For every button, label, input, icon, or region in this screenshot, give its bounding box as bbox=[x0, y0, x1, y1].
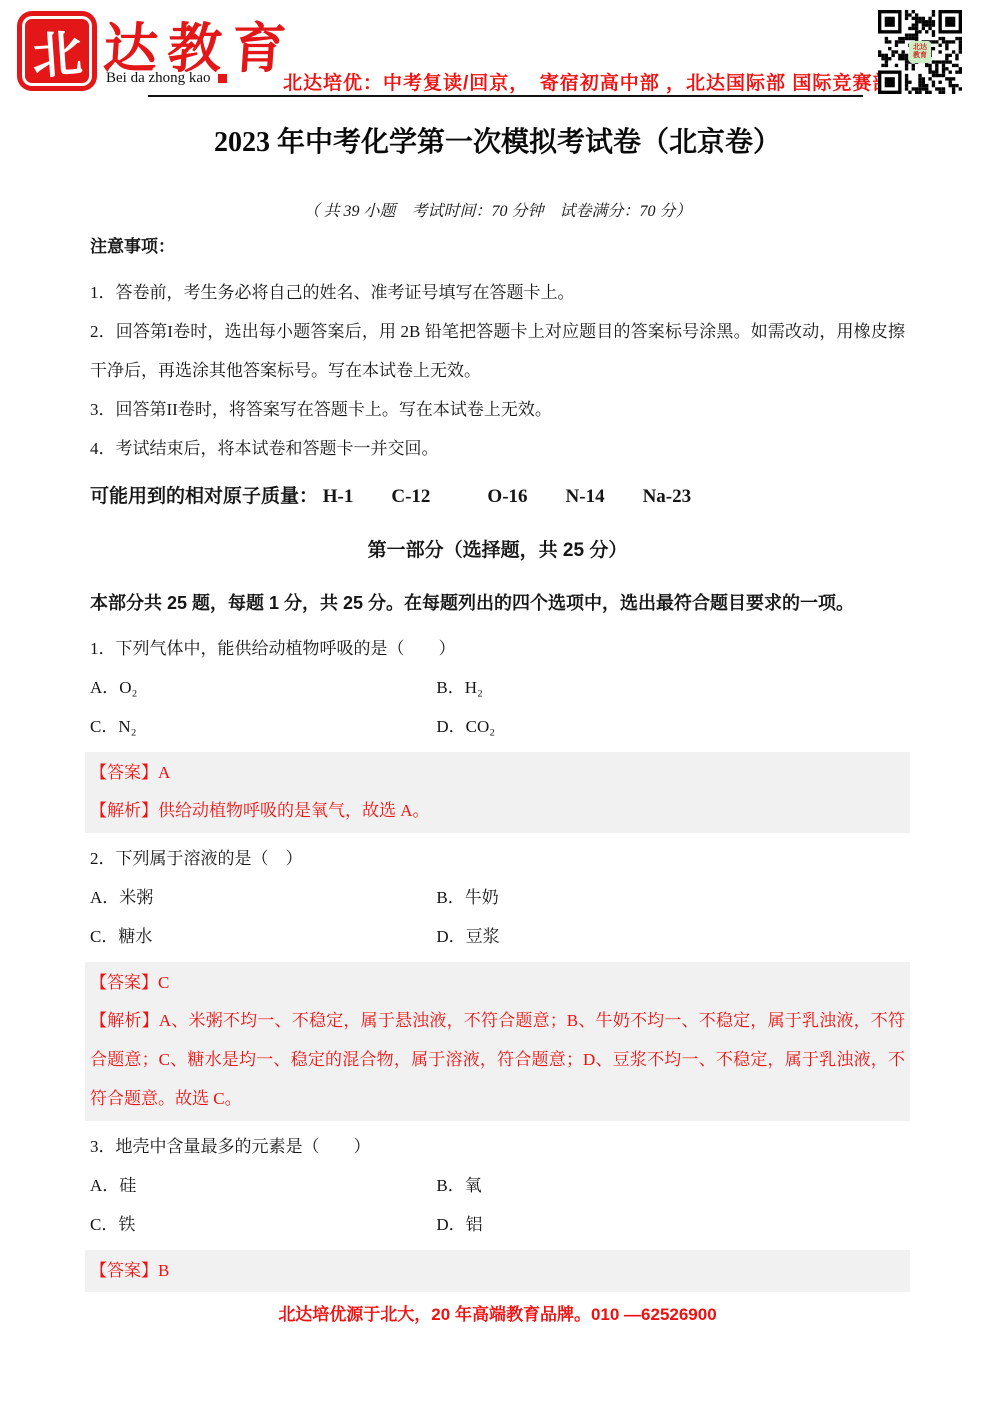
answer-label: 【答案】 bbox=[90, 763, 158, 782]
answer-block: 【答案】C 【解析】A、米粥不均一、不稳定，属于悬浊液，不符合题意；B、牛奶不均… bbox=[85, 962, 910, 1121]
document-body: 2023 年中考化学第一次模拟考试卷（北京卷） （ 共 39 小题 考试时间：7… bbox=[90, 0, 905, 1328]
qr-center-badge: 北达 教育 bbox=[909, 41, 931, 63]
analysis-line: 【解析】供给动植物呼吸的是氧气，故选 A。 bbox=[90, 791, 905, 830]
question-stem: 3．地壳中含量最多的元素是（ ） bbox=[90, 1127, 905, 1166]
option-d: D．CO₂ bbox=[436, 707, 905, 746]
option-b: B．氧 bbox=[436, 1166, 905, 1205]
analysis-text: A、米粥不均一、不稳定，属于悬浊液，不符合题意；B、牛奶不均一、不稳定，属于乳浊… bbox=[90, 1011, 905, 1108]
brand-stamp-icon: 北 bbox=[22, 16, 92, 86]
answer-value: A bbox=[158, 763, 170, 782]
question-stem: 2．下列属于溶液的是（ ） bbox=[90, 839, 905, 878]
atomic-masses-values: H-1 C-12 O-16 N-14 Na-23 bbox=[323, 486, 691, 507]
qr-badge-text: 教育 bbox=[913, 52, 927, 60]
option-d: D．豆浆 bbox=[436, 917, 905, 956]
options-row: A．米粥 B．牛奶 bbox=[90, 878, 905, 917]
notice-item-4: 4．考试结束后，将本试卷和答题卡一并交回。 bbox=[90, 429, 905, 468]
question-1: 1．下列气体中，能供给动植物呼吸的是（ ） A．O₂ B．H₂ C．N₂ D．C… bbox=[90, 629, 905, 833]
notice-item-3: 3．回答第II卷时，将答案写在答题卡上。写在本试卷上无效。 bbox=[90, 390, 905, 429]
options-row: A．硅 B．氧 bbox=[90, 1166, 905, 1205]
option-d: D．铝 bbox=[436, 1205, 905, 1244]
option-a: A．硅 bbox=[90, 1166, 436, 1205]
atomic-masses-line: 可能用到的相对原子质量： H-1 C-12 O-16 N-14 Na-23 bbox=[90, 476, 905, 518]
question-3: 3．地壳中含量最多的元素是（ ） A．硅 B．氧 C．铁 D．铝 【答案】B bbox=[90, 1127, 905, 1292]
answer-label: 【答案】 bbox=[90, 1261, 158, 1280]
answer-label: 【答案】 bbox=[90, 973, 158, 992]
options-row: C．糖水 D．豆浆 bbox=[90, 917, 905, 956]
page-title: 2023 年中考化学第一次模拟考试卷（北京卷） bbox=[90, 124, 905, 162]
option-c: C．糖水 bbox=[90, 917, 436, 956]
options-row: C．N₂ D．CO₂ bbox=[90, 707, 905, 746]
answer-block: 【答案】B bbox=[85, 1250, 910, 1292]
notice-item-2: 2．回答第I卷时，选出每小题答案后，用 2B 铅笔把答题卡上对应题目的答案标号涂… bbox=[90, 312, 905, 390]
footer-slogan: 北达培优源于北大，20 年高端教育品牌。010 —62526900 bbox=[90, 1302, 905, 1328]
question-stem: 1．下列气体中，能供给动植物呼吸的是（ ） bbox=[90, 629, 905, 668]
qr-badge-text: 北达 bbox=[913, 44, 927, 52]
answer-line: 【答案】B bbox=[90, 1253, 905, 1289]
stamp-character: 北 bbox=[30, 13, 85, 88]
answer-value: B bbox=[158, 1261, 169, 1280]
answer-block: 【答案】A 【解析】供给动植物呼吸的是氧气，故选 A。 bbox=[85, 752, 910, 833]
answer-value: C bbox=[158, 973, 169, 992]
notice-item-1: 1．答卷前，考生务必将自己的姓名、准考证号填写在答题卡上。 bbox=[90, 273, 905, 312]
atomic-masses-label: 可能用到的相对原子质量： bbox=[90, 486, 318, 507]
analysis-text: 供给动植物呼吸的是氧气，故选 A。 bbox=[158, 801, 430, 820]
option-a: A．O₂ bbox=[90, 668, 436, 707]
analysis-line: 【解析】A、米粥不均一、不稳定，属于悬浊液，不符合题意；B、牛奶不均一、不稳定，… bbox=[90, 1001, 905, 1118]
option-a: A．米粥 bbox=[90, 878, 436, 917]
options-row: A．O₂ B．H₂ bbox=[90, 668, 905, 707]
option-c: C．N₂ bbox=[90, 707, 436, 746]
option-b: B．牛奶 bbox=[436, 878, 905, 917]
exam-meta-line: （ 共 39 小题 考试时间：70 分钟 试卷满分：70 分） bbox=[90, 200, 905, 224]
option-c: C．铁 bbox=[90, 1205, 436, 1244]
answer-line: 【答案】A bbox=[90, 755, 905, 791]
exam-paper-page: 北 达教育 Bei da zhong kao 北达培优：中考复读/回京， 寄宿初… bbox=[0, 0, 992, 1403]
notice-heading: 注意事项： bbox=[90, 234, 905, 260]
analysis-label: 【解析】 bbox=[90, 1011, 159, 1030]
answer-line: 【答案】C bbox=[90, 965, 905, 1001]
option-b: B．H₂ bbox=[436, 668, 905, 707]
options-row: C．铁 D．铝 bbox=[90, 1205, 905, 1244]
question-2: 2．下列属于溶液的是（ ） A．米粥 B．牛奶 C．糖水 D．豆浆 【答案】C … bbox=[90, 839, 905, 1121]
analysis-label: 【解析】 bbox=[90, 801, 158, 820]
part1-description: 本部分共 25 题，每题 1 分，共 25 分。在每题列出的四个选项中，选出最符… bbox=[90, 583, 905, 623]
part1-heading: 第一部分（选择题，共 25 分） bbox=[90, 531, 905, 571]
